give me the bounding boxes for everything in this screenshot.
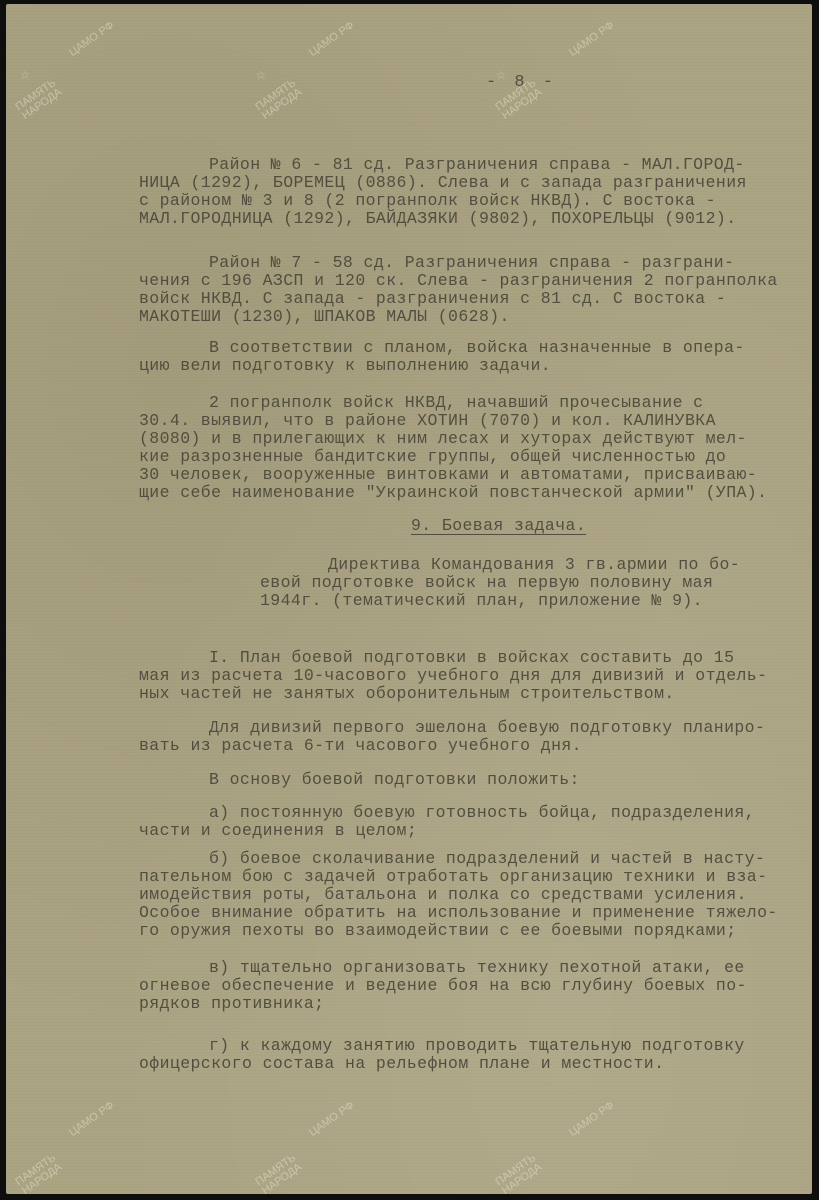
text-line: части и соединения в целом; [139, 822, 417, 840]
text-line: в) тщательно организовать технику пехотн… [209, 959, 745, 977]
document-page: - 8 - Район № 6 - 81 сд. Разграничения с… [6, 4, 812, 1194]
watermark-pamyat: ПАМЯТЬНАРОДА [254, 1153, 305, 1198]
page-number: - 8 - [486, 74, 557, 92]
text-line: рядков противника; [139, 995, 324, 1013]
watermark-camo: ЦАМО РФ [568, 1100, 617, 1139]
watermark-pamyat: ПАМЯТЬНАРОДА [254, 78, 305, 123]
directive-line: 1944г. (тематический план, приложение № … [260, 592, 703, 610]
text-line: Особое внимание обратить на использовани… [139, 904, 778, 922]
text-line: цию вели подготовку к выполнению задачи. [139, 357, 551, 375]
text-line: ных частей не занятых оборонительным стр… [139, 685, 675, 703]
star-icon: ☆ [256, 64, 266, 84]
watermark-camo: ЦАМО РФ [68, 1100, 117, 1139]
text-line: (8080) и в прилегающих к ним лесах и хут… [139, 430, 747, 448]
text-line: МАЛ.ГОРОДНИЦА (1292), БАЙДАЗЯКИ (9802), … [139, 210, 737, 228]
text-line: Район № 7 - 58 сд. Разграничения справа … [209, 254, 734, 272]
watermark-pamyat: ПАМЯТЬНАРОДА [494, 1153, 545, 1198]
text-line: МАКОТЕШИ (1230), ШПАКОВ МАЛЫ (0628). [139, 308, 510, 326]
text-line: г) к каждому занятию проводить тщательну… [209, 1037, 745, 1055]
text-line: Для дивизий первого эшелона боевую подго… [209, 719, 765, 737]
watermark-camo: ЦАМО РФ [308, 20, 357, 59]
text-line: I. План боевой подготовки в войсках сост… [209, 649, 734, 667]
text-line: вать из расчета 6-ти часового учебного д… [139, 737, 582, 755]
text-line: В основу боевой подготовки положить: [209, 771, 580, 789]
text-line: пательном бою с задачей отработать орган… [139, 868, 767, 886]
text-line: 30 человек, вооруженные винтовками и авт… [139, 466, 757, 484]
text-line: го оружия пехоты во взаимодействии с ее … [139, 922, 737, 940]
text-line: офицерского состава на рельефном плане и… [139, 1055, 664, 1073]
text-line: чения с 196 АЗСП и 120 ск. Слева - разгр… [139, 272, 778, 290]
section-heading: 9. Боевая задача. [411, 517, 586, 535]
text-line: огневое обеспечение и ведение боя на всю… [139, 977, 747, 995]
text-line: НИЦА (1292), БОРЕМЕЦ (0886). Слева и с з… [139, 174, 747, 192]
text-line: кие разрозненные бандитские группы, обще… [139, 448, 726, 466]
text-line: Район № 6 - 81 сд. Разграничения справа … [209, 156, 745, 174]
text-line: а) постоянную боевую готовность бойца, п… [209, 804, 755, 822]
text-line: с районом № 3 и 8 (2 погранполк войск НК… [139, 192, 716, 210]
star-icon: ☆ [20, 64, 30, 84]
directive-line: евой подготовке войск на первую половину… [260, 574, 713, 592]
text-line: б) боевое сколачивание подразделений и ч… [209, 850, 765, 868]
text-line: В соответствии с планом, войска назначен… [209, 339, 745, 357]
text-line: войск НКВД. С запада - разграничения с 8… [139, 290, 726, 308]
text-line: щие себе наименование "Украинской повста… [139, 484, 767, 502]
text-line: 2 погранполк войск НКВД, начавший прочес… [209, 394, 703, 412]
text-line: мая из расчета 10-часового учебного дня … [139, 667, 767, 685]
watermark-camo: ЦАМО РФ [308, 1100, 357, 1139]
text-line: имодействия роты, батальона и полка со с… [139, 886, 747, 904]
text-line: 30.4. выявил, что в районе ХОТИН (7070) … [139, 412, 716, 430]
watermark-camo: ЦАМО РФ [68, 20, 117, 59]
watermark-pamyat: ПАМЯТЬНАРОДА [14, 78, 65, 123]
watermark-pamyat: ПАМЯТЬНАРОДА [14, 1153, 65, 1198]
directive-line: Директива Командования 3 гв.армии по бо- [328, 556, 740, 574]
watermark-camo: ЦАМО РФ [568, 20, 617, 59]
